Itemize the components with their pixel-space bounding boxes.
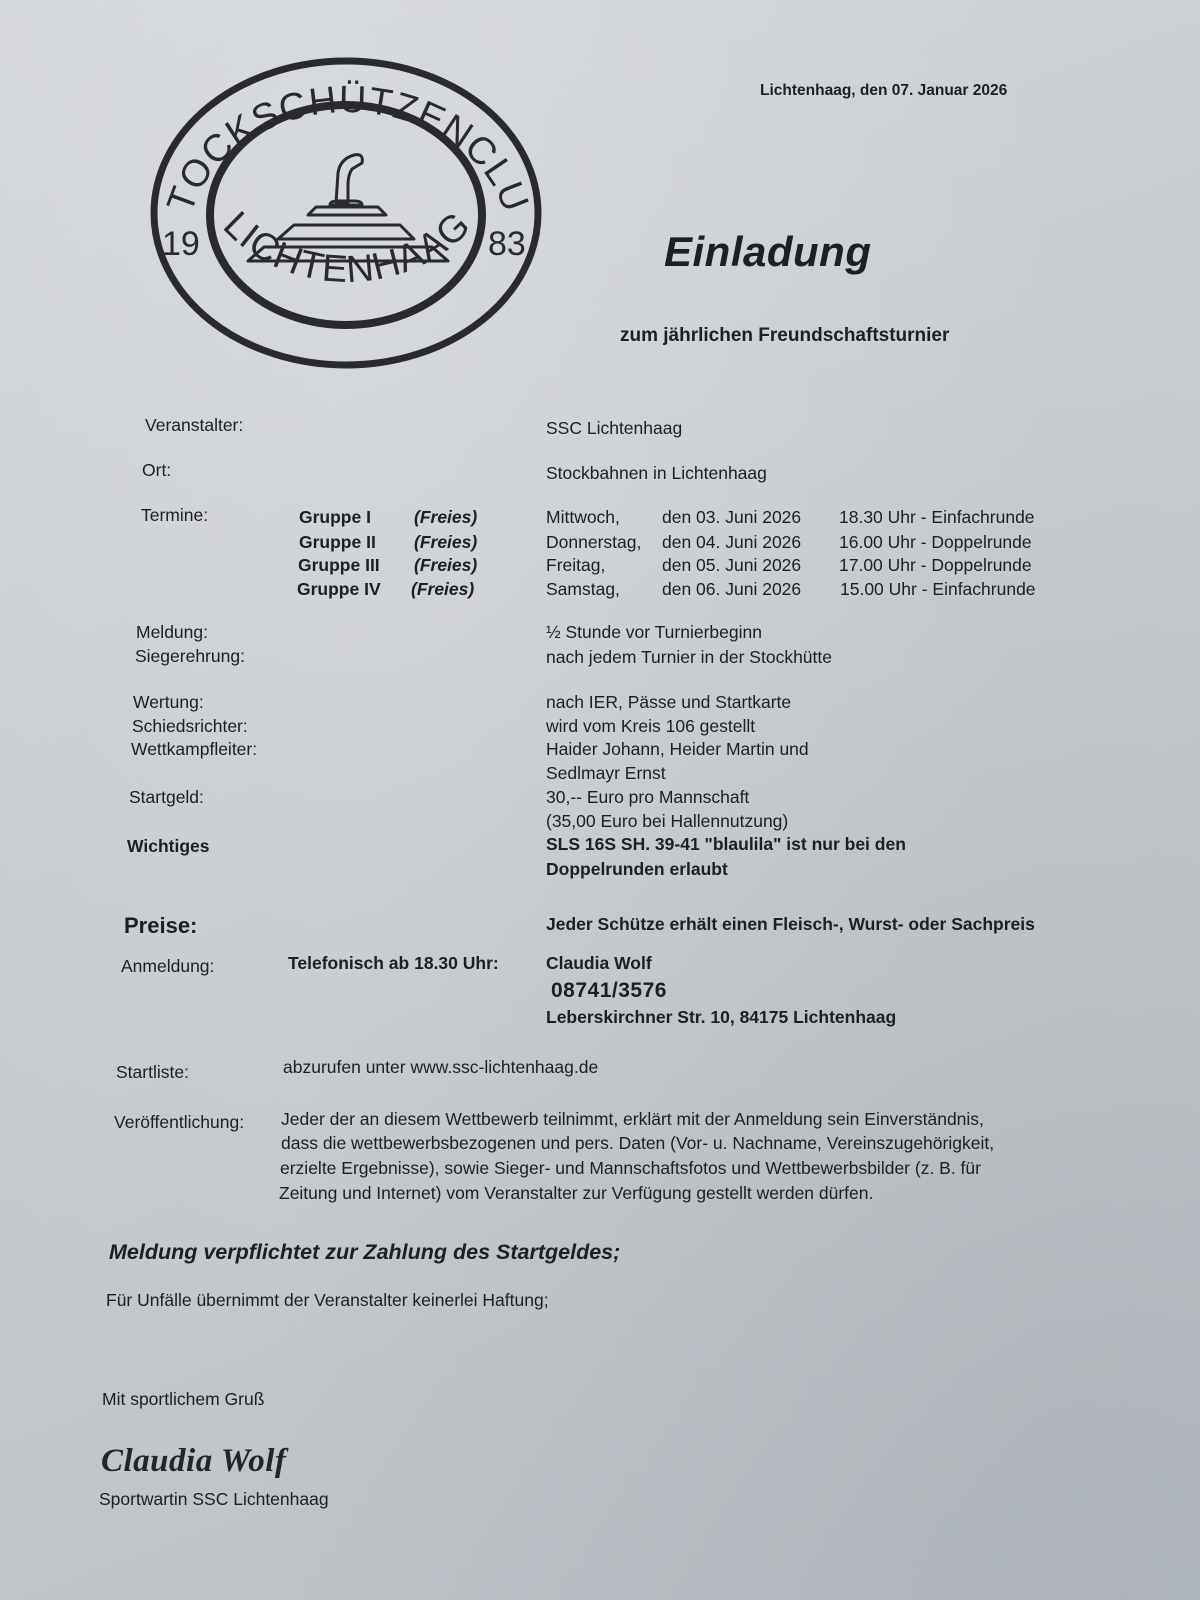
schedule-time: 18.30 Uhr - Einfachrunde <box>839 507 1035 528</box>
veroeffentlichung-line: Zeitung und Internet) vom Veranstalter z… <box>279 1183 873 1204</box>
anmeldung-address: Leberskirchner Str. 10, 84175 Lichtenhaa… <box>546 1007 896 1028</box>
veranstalter-value: SSC Lichtenhaag <box>546 418 682 439</box>
wichtiges-value-line1: SLS 16S SH. 39-41 "blaulila" ist nur bei… <box>546 834 906 855</box>
logo-year-left: 19 <box>162 225 200 263</box>
wertung-value: nach IER, Pässe und Startkarte <box>546 692 791 713</box>
startliste-value: abzurufen unter www.ssc-lichtenhaag.de <box>283 1057 598 1078</box>
schedule-time: 17.00 Uhr - Doppelrunde <box>839 555 1032 576</box>
veroeffentlichung-label: Veröffentlichung: <box>114 1112 244 1133</box>
schedule-type: (Freies) <box>411 579 474 600</box>
startgeld-value-line1: 30,-- Euro pro Mannschaft <box>546 787 749 808</box>
meldung-label: Meldung: <box>136 622 208 643</box>
schedule-date: den 03. Juni 2026 <box>662 507 801 528</box>
anmeldung-contact-name: Claudia Wolf <box>546 953 652 974</box>
closing-greeting: Mit sportlichem Gruß <box>102 1389 264 1410</box>
termine-label: Termine: <box>141 505 208 526</box>
preise-value: Jeder Schütze erhält einen Fleisch-, Wur… <box>546 914 1035 935</box>
ort-value: Stockbahnen in Lichtenhaag <box>546 463 767 484</box>
schedule-date: den 04. Juni 2026 <box>662 532 801 553</box>
anmeldung-phone: 08741/3576 <box>551 979 667 1003</box>
schedule-day: Samstag, <box>546 579 620 600</box>
startgeld-value-line2: (35,00 Euro bei Hallennutzung) <box>546 811 788 832</box>
wettkampfleiter-value-line2: Sedlmayr Ernst <box>546 763 666 784</box>
schiedsrichter-value: wird vom Kreis 106 gestellt <box>546 716 755 737</box>
page-title: Einladung <box>664 228 872 276</box>
schedule-date: den 06. Juni 2026 <box>662 579 801 600</box>
wettkampfleiter-label: Wettkampfleiter: <box>131 739 257 760</box>
signature: Claudia Wolf <box>101 1443 286 1480</box>
veroeffentlichung-line: Jeder der an diesem Wettbewerb teilnimmt… <box>281 1109 984 1130</box>
wettkampfleiter-value-line1: Haider Johann, Heider Martin und <box>546 739 809 760</box>
page-subtitle: zum jährlichen Freundschaftsturnier <box>620 325 949 347</box>
anmeldung-mode: Telefonisch ab 18.30 Uhr: <box>288 953 499 974</box>
preise-label: Preise: <box>124 913 197 939</box>
schedule-day: Mittwoch, <box>546 507 620 528</box>
ort-label: Ort: <box>142 460 171 481</box>
logo-year-right: 83 <box>488 225 526 263</box>
wertung-label: Wertung: <box>133 692 204 713</box>
wichtiges-value-line2: Doppelrunden erlaubt <box>546 859 728 880</box>
schedule-group: Gruppe III <box>298 555 380 576</box>
signer-title: Sportwartin SSC Lichtenhaag <box>99 1489 329 1510</box>
anmeldung-label: Anmeldung: <box>121 956 214 977</box>
siegerehrung-value: nach jedem Turnier in der Stockhütte <box>546 647 832 668</box>
schedule-group: Gruppe IV <box>297 579 381 600</box>
schedule-day: Freitag, <box>546 555 605 576</box>
schedule-date: den 05. Juni 2026 <box>662 555 801 576</box>
date-line: Lichtenhaag, den 07. Januar 2026 <box>760 82 1007 100</box>
schiedsrichter-label: Schiedsrichter: <box>132 716 248 737</box>
schedule-time: 15.00 Uhr - Einfachrunde <box>840 579 1036 600</box>
schedule-type: (Freies) <box>414 507 477 528</box>
startgeld-label: Startgeld: <box>129 787 204 808</box>
liability-notice: Für Unfälle übernimmt der Veranstalter k… <box>106 1290 549 1311</box>
schedule-type: (Freies) <box>414 532 477 553</box>
siegerehrung-label: Siegerehrung: <box>135 646 245 667</box>
wichtiges-label: Wichtiges <box>127 836 210 857</box>
veroeffentlichung-line: dass die wettbewerbsbezogenen und pers. … <box>281 1133 994 1154</box>
club-logo: STOCKSCHÜTZENCLUB LICHTENHAAG 19 83 <box>148 55 544 373</box>
veranstalter-label: Veranstalter: <box>145 415 243 436</box>
meldung-value: ½ Stunde vor Turnierbeginn <box>546 622 762 643</box>
veroeffentlichung-line: erzielte Ergebnisse), sowie Sieger- und … <box>280 1158 981 1179</box>
schedule-group: Gruppe I <box>299 507 371 528</box>
payment-notice: Meldung verpflichtet zur Zahlung des Sta… <box>109 1240 620 1265</box>
schedule-group: Gruppe II <box>299 532 376 553</box>
schedule-time: 16.00 Uhr - Doppelrunde <box>839 532 1032 553</box>
schedule-type: (Freies) <box>414 555 477 576</box>
schedule-day: Donnerstag, <box>546 532 641 553</box>
startliste-label: Startliste: <box>116 1062 189 1083</box>
